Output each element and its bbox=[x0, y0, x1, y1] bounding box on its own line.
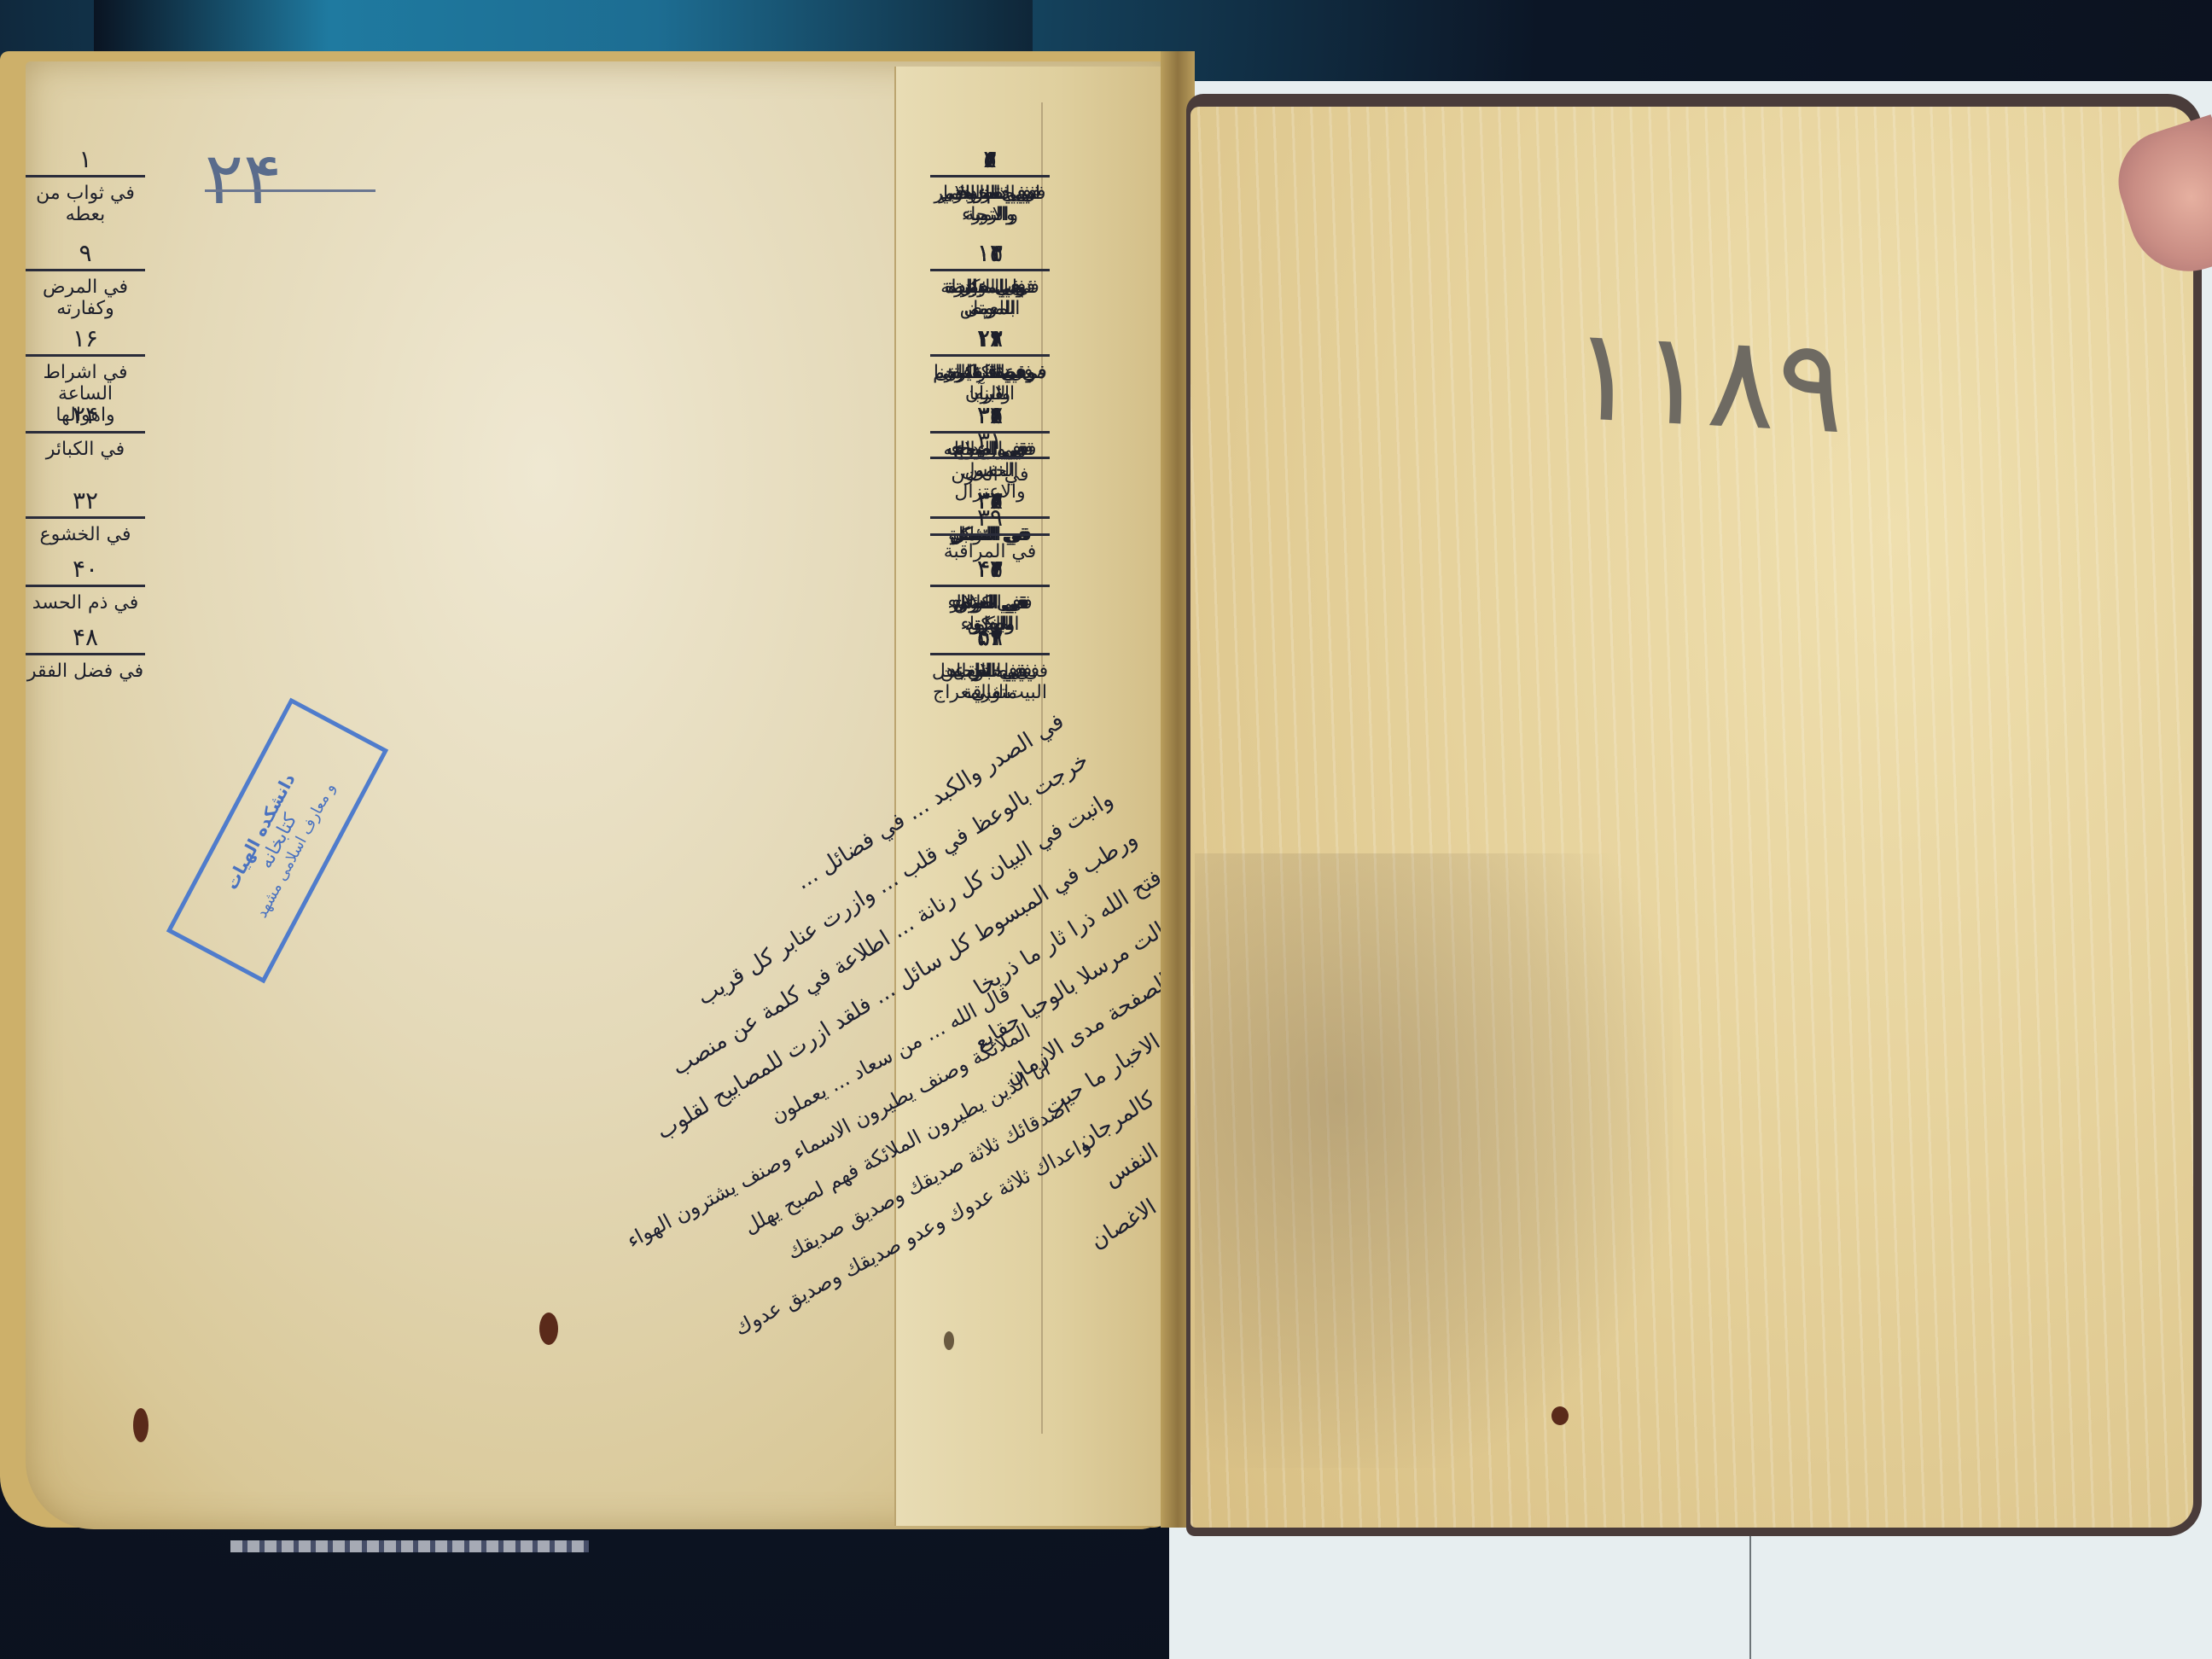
toc-entry: ۲۳في الكفارة bbox=[930, 324, 1050, 383]
toc-entry-number: ۴۰ bbox=[26, 555, 145, 587]
shelfmark-numeral: ۱۱۸۹ bbox=[1567, 300, 1849, 463]
toc-entry: ۱۵في الموعظة bbox=[930, 239, 1050, 298]
wormhole bbox=[944, 1331, 954, 1350]
toc-entry-title: في الموعظة bbox=[930, 276, 1050, 298]
toc-entry-number: ۱۶ bbox=[26, 324, 145, 357]
toc-entry-number: ۲۳ bbox=[930, 324, 1050, 357]
toc-entry-title: في ذم الحسد bbox=[26, 592, 145, 614]
cloth-stripe bbox=[230, 1540, 589, 1552]
toc-entry-number: ۳۲ bbox=[26, 486, 145, 519]
toc-entry-number: ۸ bbox=[930, 145, 1050, 178]
toc-entry: ۹في المرض وكفارته bbox=[26, 239, 145, 319]
toc-entry-title: في المرض وكفارته bbox=[26, 276, 145, 319]
toc-entry: ۴۰في ذم الحسد bbox=[26, 555, 145, 614]
toc-entry-title: في الكبائر bbox=[26, 439, 145, 460]
wormhole bbox=[1551, 1406, 1569, 1425]
toc-entry-number: ۹ bbox=[26, 239, 145, 271]
toc-entry-number: ۳۹ bbox=[930, 504, 1050, 536]
toc-entry: ۳۲في الخشوع bbox=[26, 486, 145, 545]
toc-entry: ۸في فقر الامر bbox=[930, 145, 1050, 204]
toc-entry-title: في فقر الامر bbox=[930, 183, 1050, 204]
table-of-contents: ۱في ثواب من بعطه۲في الزهد۳في ذم الدنيا۴ا… bbox=[51, 145, 1050, 691]
toc-entry-number: ۲۴ bbox=[26, 401, 145, 434]
toc-entry: ۴۸في فضل الفقر bbox=[26, 623, 145, 682]
toc-entry-number: ۴۷ bbox=[930, 555, 1050, 587]
toc-entry: ۱في ثواب من بعطه bbox=[26, 145, 145, 225]
toc-entry-title: في فضائل اهل البيت والمعراج bbox=[930, 661, 1050, 703]
toc-entry-title: في الحزن bbox=[930, 464, 1050, 486]
toc-entry-number: ۱ bbox=[26, 145, 145, 178]
wormhole bbox=[539, 1313, 558, 1345]
toc-entry-title: في فضل الفقر bbox=[26, 661, 145, 682]
toc-entry-number: ۳۱ bbox=[930, 427, 1050, 459]
toc-entry-title: في ثواب من بعطه bbox=[26, 183, 145, 225]
wormhole bbox=[133, 1408, 148, 1442]
toc-entry: ۳۱في الحزن bbox=[930, 427, 1050, 486]
toc-entry: ۳۹في المراقبة bbox=[930, 504, 1050, 562]
toc-entry-title: في الخشوع bbox=[26, 524, 145, 545]
toc-entry-number: ۱۵ bbox=[930, 239, 1050, 271]
toc-entry-title: في الكفارة bbox=[930, 362, 1050, 383]
board-seam bbox=[1749, 1528, 1751, 1659]
toc-entry-number: ۵۶ bbox=[930, 623, 1050, 655]
toc-entry-number: ۴۸ bbox=[26, 623, 145, 655]
toc-entry: ۲۴في الكبائر bbox=[26, 401, 145, 460]
water-stain bbox=[1195, 853, 1673, 1468]
toc-entry: ۵۶ bbox=[930, 623, 1050, 661]
